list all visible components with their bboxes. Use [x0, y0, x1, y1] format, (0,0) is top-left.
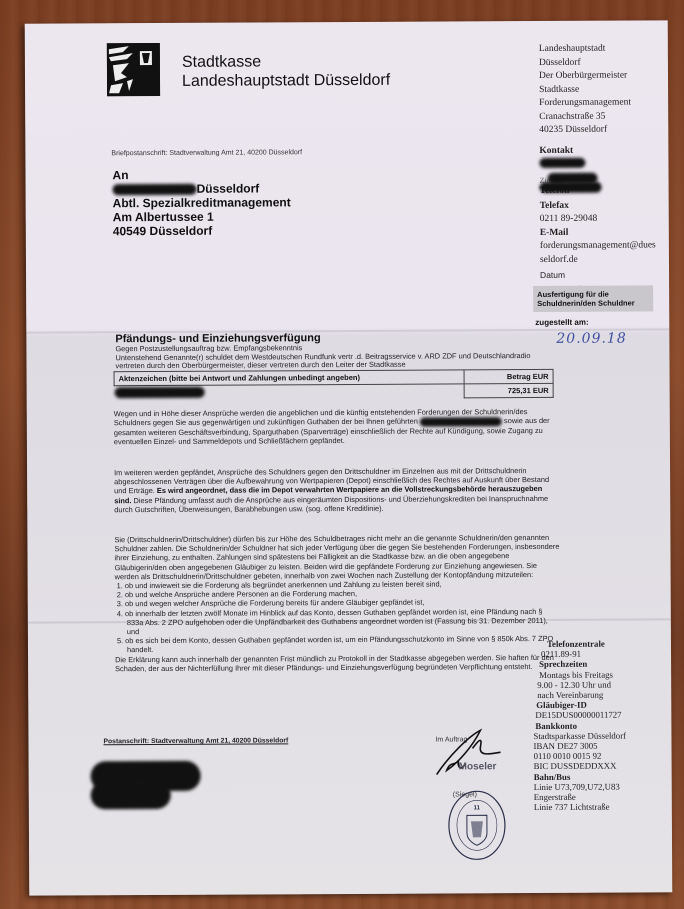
sprechzeiten-label: Sprechzeiten	[533, 659, 663, 670]
letterhead-line-1: Stadtkasse	[182, 52, 390, 72]
sender-sidebar: Landeshauptstadt Düsseldorf Der Oberbürg…	[539, 42, 665, 296]
redacted-phone	[540, 181, 602, 192]
paragraph-third-party: Sie (Drittschuldnerin/Drittschuldner) dü…	[114, 533, 560, 673]
letter-document: Stadtkasse Landeshauptstadt Düsseldorf L…	[25, 20, 673, 895]
zugestellt-label: zugestellt am:	[535, 318, 588, 327]
redacted-account	[420, 417, 502, 426]
duesseldorf-logo-icon	[107, 43, 160, 96]
creditor-statement: Untenstehend Genannte(r) schuldet dem We…	[115, 352, 555, 371]
telefax-label: Telefax	[540, 199, 665, 213]
sender-line: Stadtkasse	[539, 83, 664, 97]
bankkonto-label: Bankkonto	[533, 720, 663, 731]
obligations-list: 1. ob und inwieweit sie die Forderung al…	[115, 579, 560, 655]
bic: BIC DUSSDEDDXXX	[534, 761, 664, 772]
official-seal-icon: 11	[447, 789, 507, 861]
iban-line-2: 0110 0010 0015 92	[534, 751, 664, 762]
list-item: 5. ob es sich bei dem Konto, dessen Guth…	[115, 634, 560, 655]
redacted-case-number	[114, 387, 204, 398]
briefpostanschrift: Briefpostanschrift: Stadtverwaltung Amt …	[111, 149, 302, 157]
sender-line: Landeshauptstadt	[539, 42, 664, 56]
paragraph-depot: Im weiteren werden gepfändet, Ansprüche …	[114, 466, 559, 514]
bahn-line: Engerstraße	[534, 791, 664, 802]
letterhead-line-2: Landeshauptstadt Düsseldorf	[182, 71, 390, 91]
sprechzeiten-line: 9.00 - 12.30 Uhr und	[533, 679, 663, 690]
redacted-name	[539, 158, 585, 168]
signature-icon	[428, 726, 508, 786]
bahn-label: Bahn/Bus	[534, 771, 664, 782]
sprechzeiten-line: Montags bis Freitags	[533, 669, 663, 680]
telefonzentrale-label: Telefonzentrale	[533, 638, 663, 649]
copy-for-debtor-box: Ausfertigung für die Schuldnerin/den Sch…	[533, 285, 653, 312]
recipient-postcode-city: 40549 Düsseldorf	[113, 223, 291, 238]
recipient-department: Abtl. Spezialkreditmanagement	[113, 195, 291, 210]
letterhead-title: Stadtkasse Landeshauptstadt Düsseldorf	[182, 52, 390, 91]
email-value: forderungsmanagement@duesseldorf.de	[540, 239, 658, 267]
recipient-city: Düsseldorf	[197, 181, 260, 195]
sender-line: Der Oberbürgermeister	[539, 69, 664, 83]
glaeubiger-id: DE15DUS00000011727	[533, 710, 663, 721]
kontakt-label: Kontakt	[539, 144, 664, 158]
paragraph-text: Diese Pfändung umfasst auch die Ansprüch…	[114, 494, 548, 514]
paragraph-text: Sie (Drittschuldnerin/Drittschuldner) dü…	[114, 533, 559, 581]
document-subtitle: Gegen Postzustellungsauftrag bzw. Empfan…	[115, 343, 555, 371]
sender-line: Düsseldorf	[539, 56, 664, 70]
list-item: 4. ob innerhalb der letzten zwölf Monate…	[115, 607, 560, 637]
sender-line: Cranachstraße 35	[539, 110, 664, 124]
sender-line: 40235 Düsseldorf	[539, 123, 664, 137]
redacted-bank-name	[113, 184, 197, 195]
postanschrift: Postanschrift: Stadtverwaltung Amt 21, 4…	[103, 737, 288, 745]
bahn-line: Linie 737 Lichtstraße	[534, 802, 664, 813]
betrag-header: Betrag EUR	[464, 369, 553, 383]
handwritten-delivery-date: 20.09.18	[556, 331, 626, 347]
sprechzeiten-line: nach Vereinbarung	[533, 689, 663, 700]
telefonzentrale-value: 0211.89-91	[533, 649, 663, 660]
iban-line-1: IBAN DE27 3005	[533, 740, 663, 751]
case-amount-table: Aktenzeichen (bitte bei Antwort und Zahl…	[114, 369, 554, 400]
sender-line: Forderungsmanagement	[539, 96, 664, 110]
recipient-an: An	[112, 167, 290, 182]
bank-info-sidebar: Telefonzentrale 0211.89-91 Sprechzeiten …	[533, 638, 664, 812]
paragraph-seizure: Wegen und in Höhe dieser Ansprüche werde…	[114, 407, 559, 446]
datum-label: Datum	[540, 268, 665, 282]
recipient-address: An Düsseldorf Abtl. Spezialkreditmanagem…	[112, 167, 290, 238]
bahn-line: Linie U73,709,U72,U83	[534, 781, 664, 792]
paragraph-liability: Die Erklärung kann auch innerhalb der ge…	[115, 653, 560, 674]
svg-text:11: 11	[474, 805, 481, 811]
glaeubiger-label: Gläubiger-ID	[533, 700, 663, 711]
email-label: E-Mail	[540, 226, 665, 240]
recipient-street: Am Albertussee 1	[113, 209, 291, 224]
bank-name: Stadtsparkasse Düsseldorf	[533, 730, 663, 741]
telefax-value: 0211 89-29048	[540, 212, 665, 226]
amount-value: 725,31 EUR	[464, 383, 553, 397]
signer-name: Moseler	[459, 761, 497, 772]
